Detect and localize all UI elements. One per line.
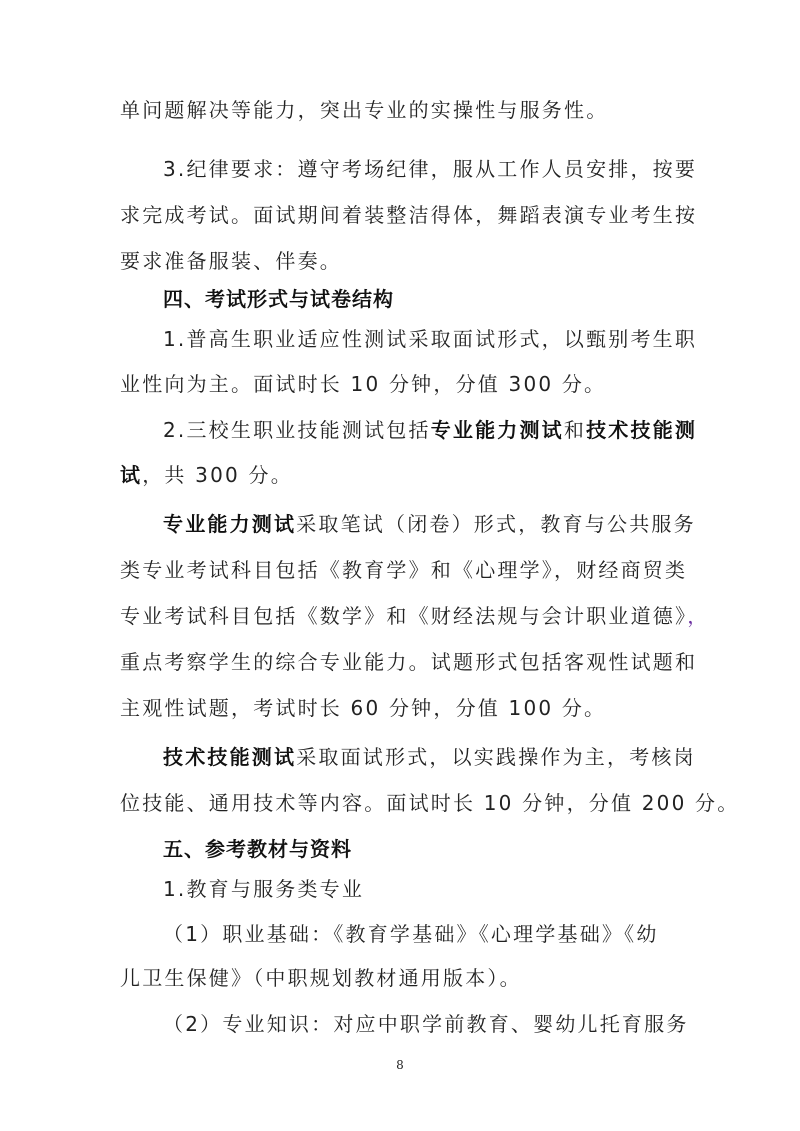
- paragraph-line: 2.三校生职业技能测试包括专业能力测试和技术技能测: [163, 418, 680, 442]
- paragraph-line: 专业能力测试采取笔试（闭卷）形式，教育与公共服务: [163, 512, 680, 536]
- paragraph-line: 儿卫生保健》（中职规划教材通用版本）。: [120, 966, 680, 990]
- text-run: 2.三校生职业技能测试包括: [163, 418, 431, 442]
- paragraph-line: 技术技能测试采取面试形式，以实践操作为主，考核岗: [163, 745, 680, 769]
- paragraph-line: 主观性试题，考试时长 60 分钟，分值 100 分。: [120, 696, 680, 720]
- section-heading-4: 四、考试形式与试卷结构: [163, 287, 680, 311]
- text-run: 专业考试科目包括《数学》和《财经法规与会计职业道德》: [120, 604, 687, 628]
- discipline-requirement-line: 3.纪律要求：遵守考场纪律，服从工作人员安排，按要: [163, 157, 680, 181]
- paragraph-line: 求完成考试。面试期间着装整洁得体，舞蹈表演专业考生按: [120, 203, 680, 227]
- page-number: 8: [0, 1058, 800, 1072]
- document-page: 单问题解决等能力，突出专业的实操性与服务性。 3.纪律要求：遵守考场纪律，服从工…: [0, 0, 800, 1131]
- paragraph-line: （2）专业知识：对应中职学前教育、婴幼儿托育服务: [163, 1012, 680, 1036]
- purple-comma: ，: [687, 604, 709, 628]
- paragraph-line: 1.教育与服务类专业: [163, 877, 680, 901]
- bold-term: 专业能力测试: [431, 418, 564, 442]
- paragraph-line: （1）职业基础：《教育学基础》《心理学基础》《幼: [163, 922, 680, 946]
- text-run: 采取面试形式，以实践操作为主，考核岗: [296, 745, 696, 769]
- text-run: ，共 300 分。: [142, 463, 293, 487]
- paragraph-line: 要求准备服装、伴奏。: [120, 249, 680, 273]
- paragraph-line: 重点考察学生的综合专业能力。试题形式包括客观性试题和: [120, 650, 680, 674]
- paragraph-line: 1.普高生职业适应性测试采取面试形式，以甄别考生职: [163, 327, 680, 351]
- text-run: 和: [564, 418, 586, 442]
- paragraph-line: 位技能、通用技术等内容。面试时长 10 分钟，分值 200 分。: [120, 791, 680, 815]
- paragraph-line: 单问题解决等能力，突出专业的实操性与服务性。: [120, 98, 680, 122]
- text-run: 采取笔试（闭卷）形式，教育与公共服务: [296, 512, 696, 536]
- bold-term: 专业能力测试: [163, 512, 296, 536]
- bold-term: 技术技能测: [586, 418, 697, 442]
- paragraph-line: 业性向为主。面试时长 10 分钟，分值 300 分。: [120, 372, 680, 396]
- bold-term: 试: [120, 463, 142, 487]
- paragraph-line: 类专业考试科目包括《教育学》和《心理学》，财经商贸类: [120, 558, 680, 582]
- paragraph-line: 专业考试科目包括《数学》和《财经法规与会计职业道德》，: [120, 604, 680, 628]
- paragraph-line: 试，共 300 分。: [120, 463, 680, 487]
- bold-term: 技术技能测试: [163, 745, 296, 769]
- section-heading-5: 五、参考教材与资料: [163, 837, 680, 861]
